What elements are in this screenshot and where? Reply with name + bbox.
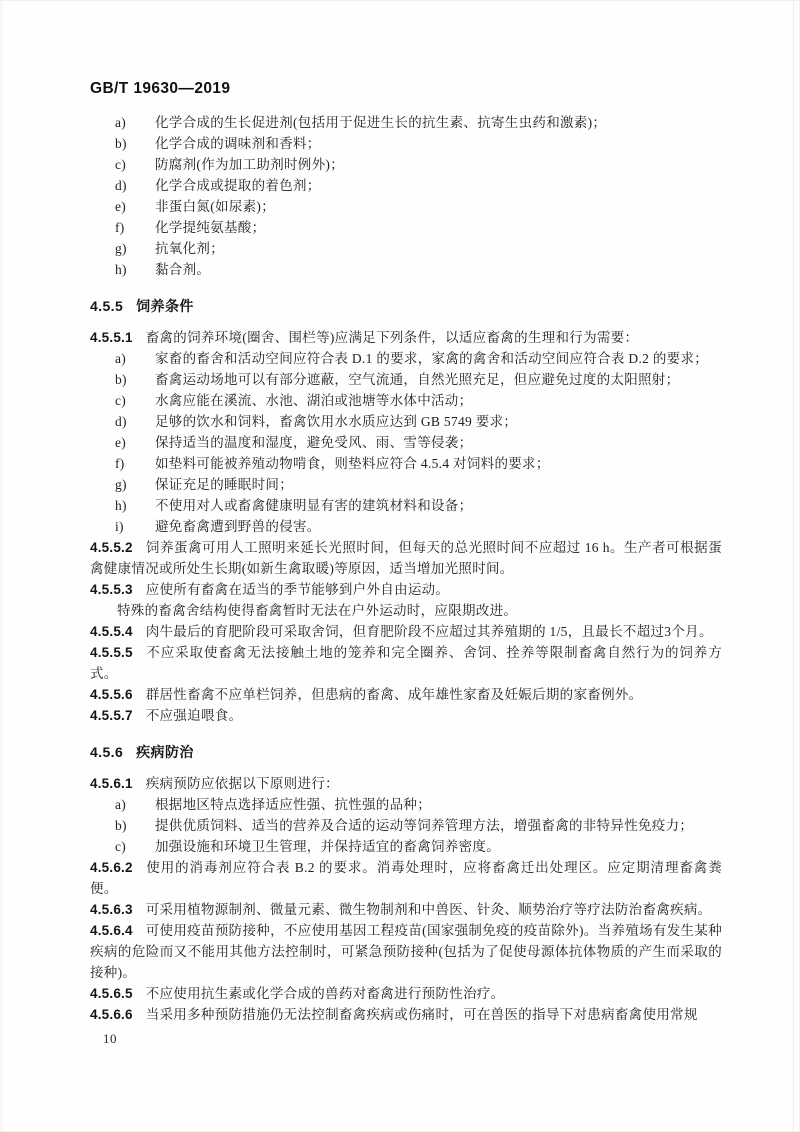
clause-4-5-5-6: 4.5.5.6群居性畜禽不应单栏饲养，但患病的畜禽、成年雄性家畜及妊娠后期的家畜… [90, 684, 722, 705]
list-marker: f) [115, 217, 155, 238]
section-number: 4.5.6 [90, 744, 123, 760]
list-item: h) 不使用对人或畜禽健康明显有害的建筑材料和设备； [90, 495, 722, 516]
list-item: b) 提供优质饲料、适当的营养及合适的运动等饲养管理方法，增强畜禽的非特异性免疫… [90, 815, 722, 836]
list-item: f) 化学提纯氨基酸； [90, 217, 722, 238]
list-marker: e) [115, 432, 155, 453]
list-item: b) 畜禽运动场地可以有部分遮蔽，空气流通，自然光照充足，但应避免过度的太阳照射… [90, 369, 722, 390]
list-item: d) 化学合成或提取的着色剂； [90, 175, 722, 196]
clause-text: 可使用疫苗预防接种，不应使用基因工程疫苗(国家强制免疫的疫苗除外)。当养殖场有发… [90, 923, 722, 980]
list-item-text: 化学合成的调味剂和香料； [155, 133, 722, 154]
clause-4-5-6-5: 4.5.6.5不应使用抗生素或化学合成的兽药对畜禽进行预防性治疗。 [90, 983, 722, 1004]
list-item: g) 保证充足的睡眠时间； [90, 474, 722, 495]
list-marker: h) [115, 495, 155, 516]
list-item-text: 非蛋白氮(如尿素)； [155, 196, 722, 217]
section-title: 疾病防治 [136, 744, 194, 760]
clause-number: 4.5.6.4 [90, 923, 133, 938]
page-content: GB/T 19630—2019 a) 化学合成的生长促进剂(包括用于促进生长的抗… [90, 80, 722, 1047]
list-marker: i) [115, 516, 155, 537]
list-item-text: 根据地区特点选择适应性强、抗性强的品种； [155, 794, 722, 815]
page-number: 10 [90, 1031, 722, 1047]
clause-4-5-5-4: 4.5.5.4肉牛最后的育肥阶段可采取舍饲，但育肥阶段不应超过其养殖期的 1/5… [90, 621, 722, 642]
clause-text: 饲养蛋禽可用人工照明来延长光照时间，但每天的总光照时间不应超过 16 h。生产者… [90, 540, 722, 576]
list-item: a) 根据地区特点选择适应性强、抗性强的品种； [90, 794, 722, 815]
clause-text: 肉牛最后的育肥阶段可采取舍饲，但育肥阶段不应超过其养殖期的 1/5，且最长不超过… [146, 624, 713, 639]
clause-text: 畜禽的饲养环境(圈舍、围栏等)应满足下列条件，以适应畜禽的生理和行为需要： [146, 330, 639, 345]
clause-number: 4.5.5.1 [90, 330, 133, 345]
list-item: e) 非蛋白氮(如尿素)； [90, 196, 722, 217]
list-marker: e) [115, 196, 155, 217]
clause-text: 群居性畜禽不应单栏饲养，但患病的畜禽、成年雄性家畜及妊娠后期的家畜例外。 [146, 687, 643, 702]
list-marker: b) [115, 369, 155, 390]
clause-4-5-5-7: 4.5.5.7不应强迫喂食。 [90, 705, 722, 726]
section-number: 4.5.5 [90, 298, 123, 314]
clause-4-5-5-1: 4.5.5.1畜禽的饲养环境(圈舍、围栏等)应满足下列条件，以适应畜禽的生理和行… [90, 327, 722, 348]
clause-4-5-6-1-list: a) 根据地区特点选择适应性强、抗性强的品种； b) 提供优质饲料、适当的营养及… [90, 794, 722, 857]
clause-number: 4.5.6.6 [90, 1007, 133, 1022]
list-item: d) 足够的饮水和饲料，畜禽饮用水水质应达到 GB 5749 要求； [90, 411, 722, 432]
list-marker: a) [115, 348, 155, 369]
list-marker: b) [115, 133, 155, 154]
clause-text: 疾病预防应依据以下原则进行： [146, 776, 339, 791]
clause-number: 4.5.5.2 [90, 540, 133, 555]
list-item-text: 如垫料可能被养殖动物啃食，则垫料应符合 4.5.4 对饲料的要求； [155, 453, 722, 474]
list-item: f) 如垫料可能被养殖动物啃食，则垫料应符合 4.5.4 对饲料的要求； [90, 453, 722, 474]
list-item-text: 足够的饮水和饲料，畜禽饮用水水质应达到 GB 5749 要求； [155, 411, 722, 432]
list-item-text: 保持适当的温度和湿度，避免受风、雨、雪等侵袭； [155, 432, 722, 453]
clause-text: 不应采取使畜禽无法接触土地的笼养和完全圈养、舍饲、拴养等限制畜禽自然行为的饲养方… [90, 645, 722, 681]
list-marker: c) [115, 390, 155, 411]
intro-list: a) 化学合成的生长促进剂(包括用于促进生长的抗生素、抗寄生虫药和激素)； b)… [90, 112, 722, 280]
clause-4-5-5-3-continuation: 特殊的畜禽舍结构使得畜禽暂时无法在户外运动时，应限期改进。 [90, 600, 722, 621]
list-item: g) 抗氧化剂； [90, 238, 722, 259]
clause-4-5-5-3: 4.5.5.3应使所有畜禽在适当的季节能够到户外自由运动。 [90, 579, 722, 600]
list-item: e) 保持适当的温度和湿度，避免受风、雨、雪等侵袭； [90, 432, 722, 453]
list-marker: g) [115, 474, 155, 495]
clause-number: 4.5.5.7 [90, 708, 133, 723]
list-marker: g) [115, 238, 155, 259]
clause-number: 4.5.6.5 [90, 986, 133, 1001]
clause-number: 4.5.6.2 [90, 860, 133, 875]
clause-number: 4.5.5.5 [90, 645, 133, 660]
clause-4-5-5-2: 4.5.5.2饲养蛋禽可用人工照明来延长光照时间，但每天的总光照时间不应超过 1… [90, 537, 722, 579]
list-marker: f) [115, 453, 155, 474]
scan-edge-left [2, 0, 3, 1132]
list-item: a) 家畜的畜舍和活动空间应符合表 D.1 的要求，家禽的禽舍和活动空间应符合表… [90, 348, 722, 369]
clause-number: 4.5.5.3 [90, 582, 133, 597]
clause-text: 使用的消毒剂应符合表 B.2 的要求。消毒处理时，应将畜禽迁出处理区。应定期清理… [90, 860, 722, 896]
scan-edge-right [793, 0, 794, 1132]
list-item-text: 防腐剂(作为加工助剂时例外)； [155, 154, 722, 175]
clause-4-5-6-4: 4.5.6.4可使用疫苗预防接种，不应使用基因工程疫苗(国家强制免疫的疫苗除外)… [90, 920, 722, 983]
list-item-text: 化学合成的生长促进剂(包括用于促进生长的抗生素、抗寄生虫药和激素)； [155, 112, 722, 133]
list-item-text: 保证充足的睡眠时间； [155, 474, 722, 495]
list-item-text: 化学合成或提取的着色剂； [155, 175, 722, 196]
list-marker: d) [115, 175, 155, 196]
list-item: i) 避免畜禽遭到野兽的侵害。 [90, 516, 722, 537]
clause-text: 当采用多种预防措施仍无法控制畜禽疾病或伤痛时，可在兽医的指导下对患病畜禽使用常规 [146, 1007, 698, 1022]
clause-number: 4.5.5.4 [90, 624, 133, 639]
list-item-text: 避免畜禽遭到野兽的侵害。 [155, 516, 722, 537]
clause-text: 应使所有畜禽在适当的季节能够到户外自由运动。 [146, 582, 450, 597]
list-marker: c) [115, 154, 155, 175]
list-item-text: 黏合剂。 [155, 259, 722, 280]
list-marker: c) [115, 836, 155, 857]
clause-4-5-6-3: 4.5.6.3可采用植物源制剂、微量元素、微生物制剂和中兽医、针灸、顺势治疗等疗… [90, 899, 722, 920]
section-heading-4-5-6: 4.5.6疾病防治 [90, 742, 722, 762]
list-item: c) 防腐剂(作为加工助剂时例外)； [90, 154, 722, 175]
clause-number: 4.5.6.1 [90, 776, 133, 791]
clause-4-5-5-1-list: a) 家畜的畜舍和活动空间应符合表 D.1 的要求，家禽的禽舍和活动空间应符合表… [90, 348, 722, 537]
section-title: 饲养条件 [136, 298, 194, 314]
list-item-text: 化学提纯氨基酸； [155, 217, 722, 238]
list-item: a) 化学合成的生长促进剂(包括用于促进生长的抗生素、抗寄生虫药和激素)； [90, 112, 722, 133]
list-item-text: 不使用对人或畜禽健康明显有害的建筑材料和设备； [155, 495, 722, 516]
list-item: b) 化学合成的调味剂和香料； [90, 133, 722, 154]
list-item-text: 畜禽运动场地可以有部分遮蔽，空气流通，自然光照充足，但应避免过度的太阳照射； [155, 369, 722, 390]
list-item-text: 抗氧化剂； [155, 238, 722, 259]
clause-4-5-6-2: 4.5.6.2使用的消毒剂应符合表 B.2 的要求。消毒处理时，应将畜禽迁出处理… [90, 857, 722, 899]
section-heading-4-5-5: 4.5.5饲养条件 [90, 296, 722, 316]
list-item: c) 水禽应能在溪流、水池、湖泊或池塘等水体中活动； [90, 390, 722, 411]
doc-code-header: GB/T 19630—2019 [90, 80, 722, 98]
list-item-text: 提供优质饲料、适当的营养及合适的运动等饲养管理方法，增强畜禽的非特异性免疫力； [155, 815, 722, 836]
list-marker: a) [115, 794, 155, 815]
list-item: h) 黏合剂。 [90, 259, 722, 280]
clause-number: 4.5.5.6 [90, 687, 133, 702]
clause-number: 4.5.6.3 [90, 902, 133, 917]
list-marker: a) [115, 112, 155, 133]
clause-4-5-6-6: 4.5.6.6当采用多种预防措施仍无法控制畜禽疾病或伤痛时，可在兽医的指导下对患… [90, 1004, 722, 1025]
clause-4-5-5-5: 4.5.5.5不应采取使畜禽无法接触土地的笼养和完全圈养、舍饲、拴养等限制畜禽自… [90, 642, 722, 684]
document-page: GB/T 19630—2019 a) 化学合成的生长促进剂(包括用于促进生长的抗… [0, 0, 800, 1132]
list-item-text: 水禽应能在溪流、水池、湖泊或池塘等水体中活动； [155, 390, 722, 411]
list-item-text: 家畜的畜舍和活动空间应符合表 D.1 的要求，家禽的禽舍和活动空间应符合表 D.… [155, 348, 722, 369]
clause-4-5-6-1: 4.5.6.1疾病预防应依据以下原则进行： [90, 773, 722, 794]
clause-text: 不应强迫喂食。 [146, 708, 243, 723]
list-marker: h) [115, 259, 155, 280]
list-marker: b) [115, 815, 155, 836]
list-item: c) 加强设施和环境卫生管理，并保持适宜的畜禽饲养密度。 [90, 836, 722, 857]
list-marker: d) [115, 411, 155, 432]
clause-text: 可采用植物源制剂、微量元素、微生物制剂和中兽医、针灸、顺势治疗等疗法防治畜禽疾病… [146, 902, 712, 917]
list-item-text: 加强设施和环境卫生管理，并保持适宜的畜禽饲养密度。 [155, 836, 722, 857]
clause-text: 不应使用抗生素或化学合成的兽药对畜禽进行预防性治疗。 [146, 986, 505, 1001]
